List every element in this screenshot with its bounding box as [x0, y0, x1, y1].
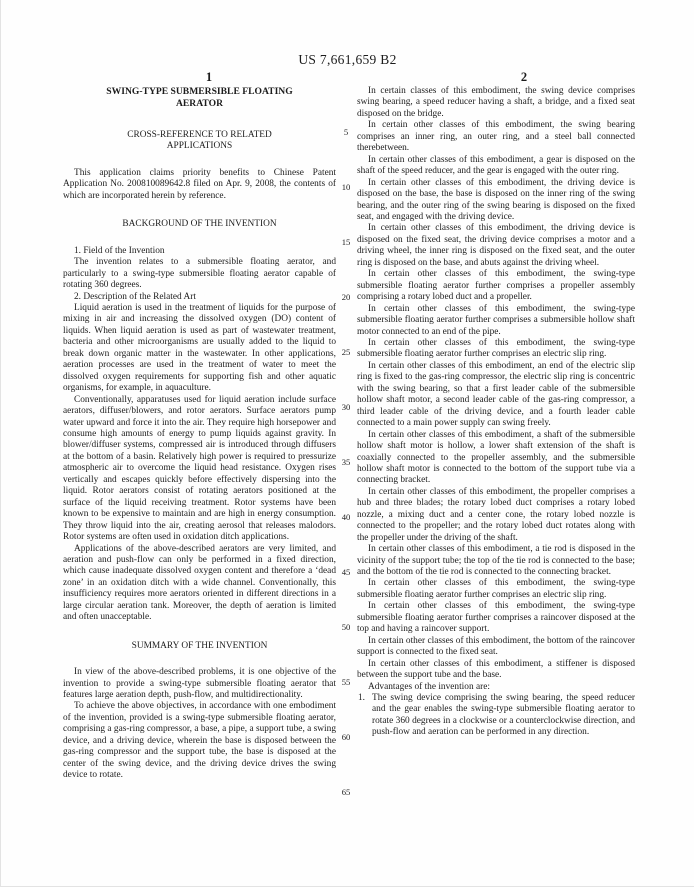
- cross-reference-paragraph: This application claims priority benefit…: [63, 168, 336, 202]
- line-number: 55: [335, 677, 357, 687]
- related-art-paragraph-2: Conventionally, apparatuses used for liq…: [63, 395, 336, 544]
- embodiment-paragraph: In certain other classes of this embodim…: [357, 659, 635, 682]
- related-art-paragraph-1: Liquid aeration is used in the treatment…: [63, 303, 336, 395]
- summary-paragraph-2: To achieve the above objectives, in acco…: [63, 701, 336, 781]
- line-number-gutter: 5 10 15 20 25 30 35 40 45 50 55 60 65: [335, 0, 357, 886]
- left-column: SWING-TYPE SUBMERSIBLE FLOATING AERATOR …: [63, 86, 336, 782]
- line-number: 65: [335, 787, 357, 797]
- line-number: 5: [335, 127, 357, 137]
- patent-page: US 7,661,659 B2 1 2 5 10 15 20 25 30 35 …: [0, 0, 694, 887]
- line-number: 30: [335, 402, 357, 412]
- embodiment-paragraph: In certain other classes of this embodim…: [357, 544, 635, 578]
- line-number: 25: [335, 347, 357, 357]
- advantage-number: 1.: [357, 693, 368, 739]
- line-number: 50: [335, 622, 357, 632]
- embodiment-paragraph: In certain other classes of this embodim…: [357, 223, 635, 269]
- embodiment-paragraph: In certain other classes of this embodim…: [357, 338, 635, 361]
- invention-title: SWING-TYPE SUBMERSIBLE FLOATING AERATOR: [84, 86, 316, 110]
- related-art-paragraph-3: Applications of the above-described aera…: [63, 544, 336, 624]
- embodiment-paragraph: In certain other classes of this embodim…: [357, 487, 635, 544]
- background-heading: BACKGROUND OF THE INVENTION: [63, 219, 336, 230]
- field-of-invention-paragraph: The invention relates to a submersible f…: [63, 257, 336, 291]
- embodiment-paragraph: In certain other classes of this embodim…: [357, 155, 635, 178]
- embodiment-paragraph: In certain other classes of this embodim…: [357, 601, 635, 635]
- line-number: 35: [335, 457, 357, 467]
- line-number: 10: [335, 182, 357, 192]
- line-number: 45: [335, 567, 357, 577]
- embodiment-paragraph: In certain other classes of this embodim…: [357, 120, 635, 154]
- embodiment-paragraph: In certain classes of this embodiment, t…: [357, 86, 635, 120]
- embodiment-paragraph: In certain other classes of this embodim…: [357, 269, 635, 303]
- column-number-right: 2: [504, 70, 544, 85]
- embodiment-paragraph: In certain other classes of this embodim…: [357, 361, 635, 430]
- summary-heading: SUMMARY OF THE INVENTION: [63, 641, 336, 652]
- summary-paragraph-1: In view of the above-described problems,…: [63, 667, 336, 701]
- advantage-text: The swing device comprising the swing be…: [372, 693, 635, 739]
- embodiment-paragraph: In certain other classes of this embodim…: [357, 430, 635, 487]
- line-number: 15: [335, 237, 357, 247]
- field-of-invention-heading: 1. Field of the Invention: [63, 246, 336, 257]
- advantage-item: 1. The swing device comprising the swing…: [357, 693, 635, 739]
- line-number: 20: [335, 292, 357, 302]
- advantages-label: Advantages of the invention are:: [357, 682, 635, 693]
- line-number: 40: [335, 512, 357, 522]
- embodiment-paragraph: In certain other classes of this embodim…: [357, 304, 635, 338]
- embodiment-paragraph: In certain other classes of this embodim…: [357, 578, 635, 601]
- embodiment-paragraph: In certain other classes of this embodim…: [357, 178, 635, 224]
- cross-reference-heading: CROSS-REFERENCE TO RELATED APPLICATIONS: [110, 130, 290, 153]
- embodiment-paragraph: In certain other classes of this embodim…: [357, 636, 635, 659]
- line-number: 60: [335, 732, 357, 742]
- right-column: In certain classes of this embodiment, t…: [357, 86, 635, 739]
- column-number-left: 1: [189, 70, 229, 85]
- related-art-heading: 2. Description of the Related Art: [63, 292, 336, 303]
